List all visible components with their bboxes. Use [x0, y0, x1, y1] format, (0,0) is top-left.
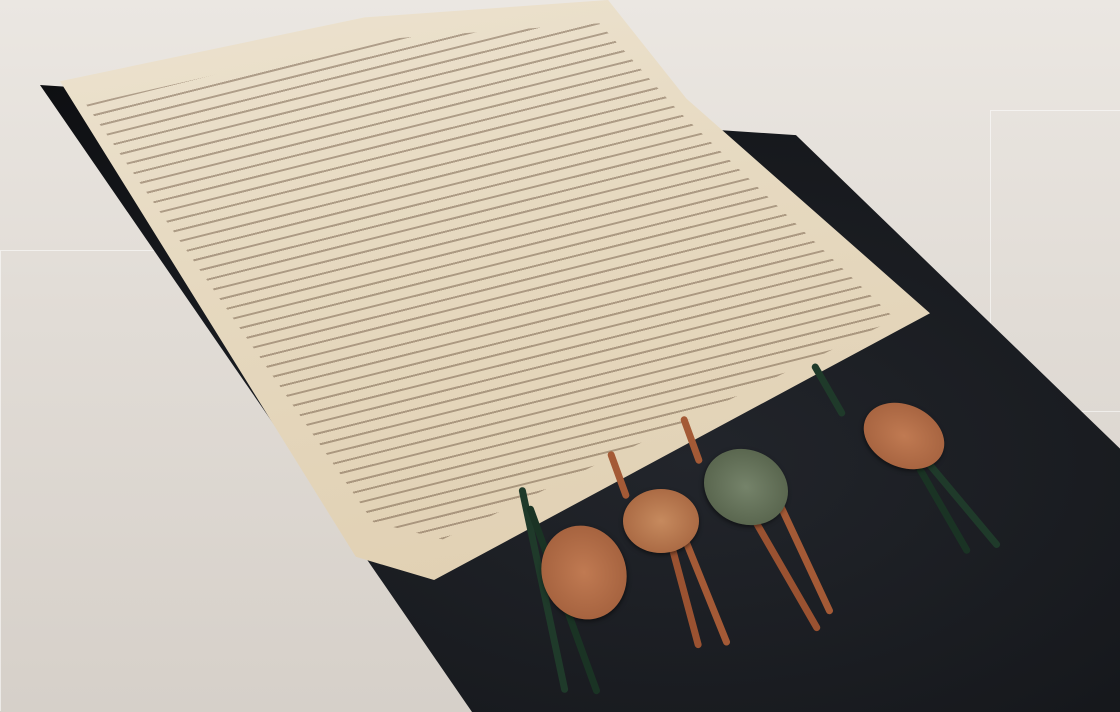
wax-seal	[623, 489, 699, 553]
museum-display-photo	[0, 0, 1120, 712]
